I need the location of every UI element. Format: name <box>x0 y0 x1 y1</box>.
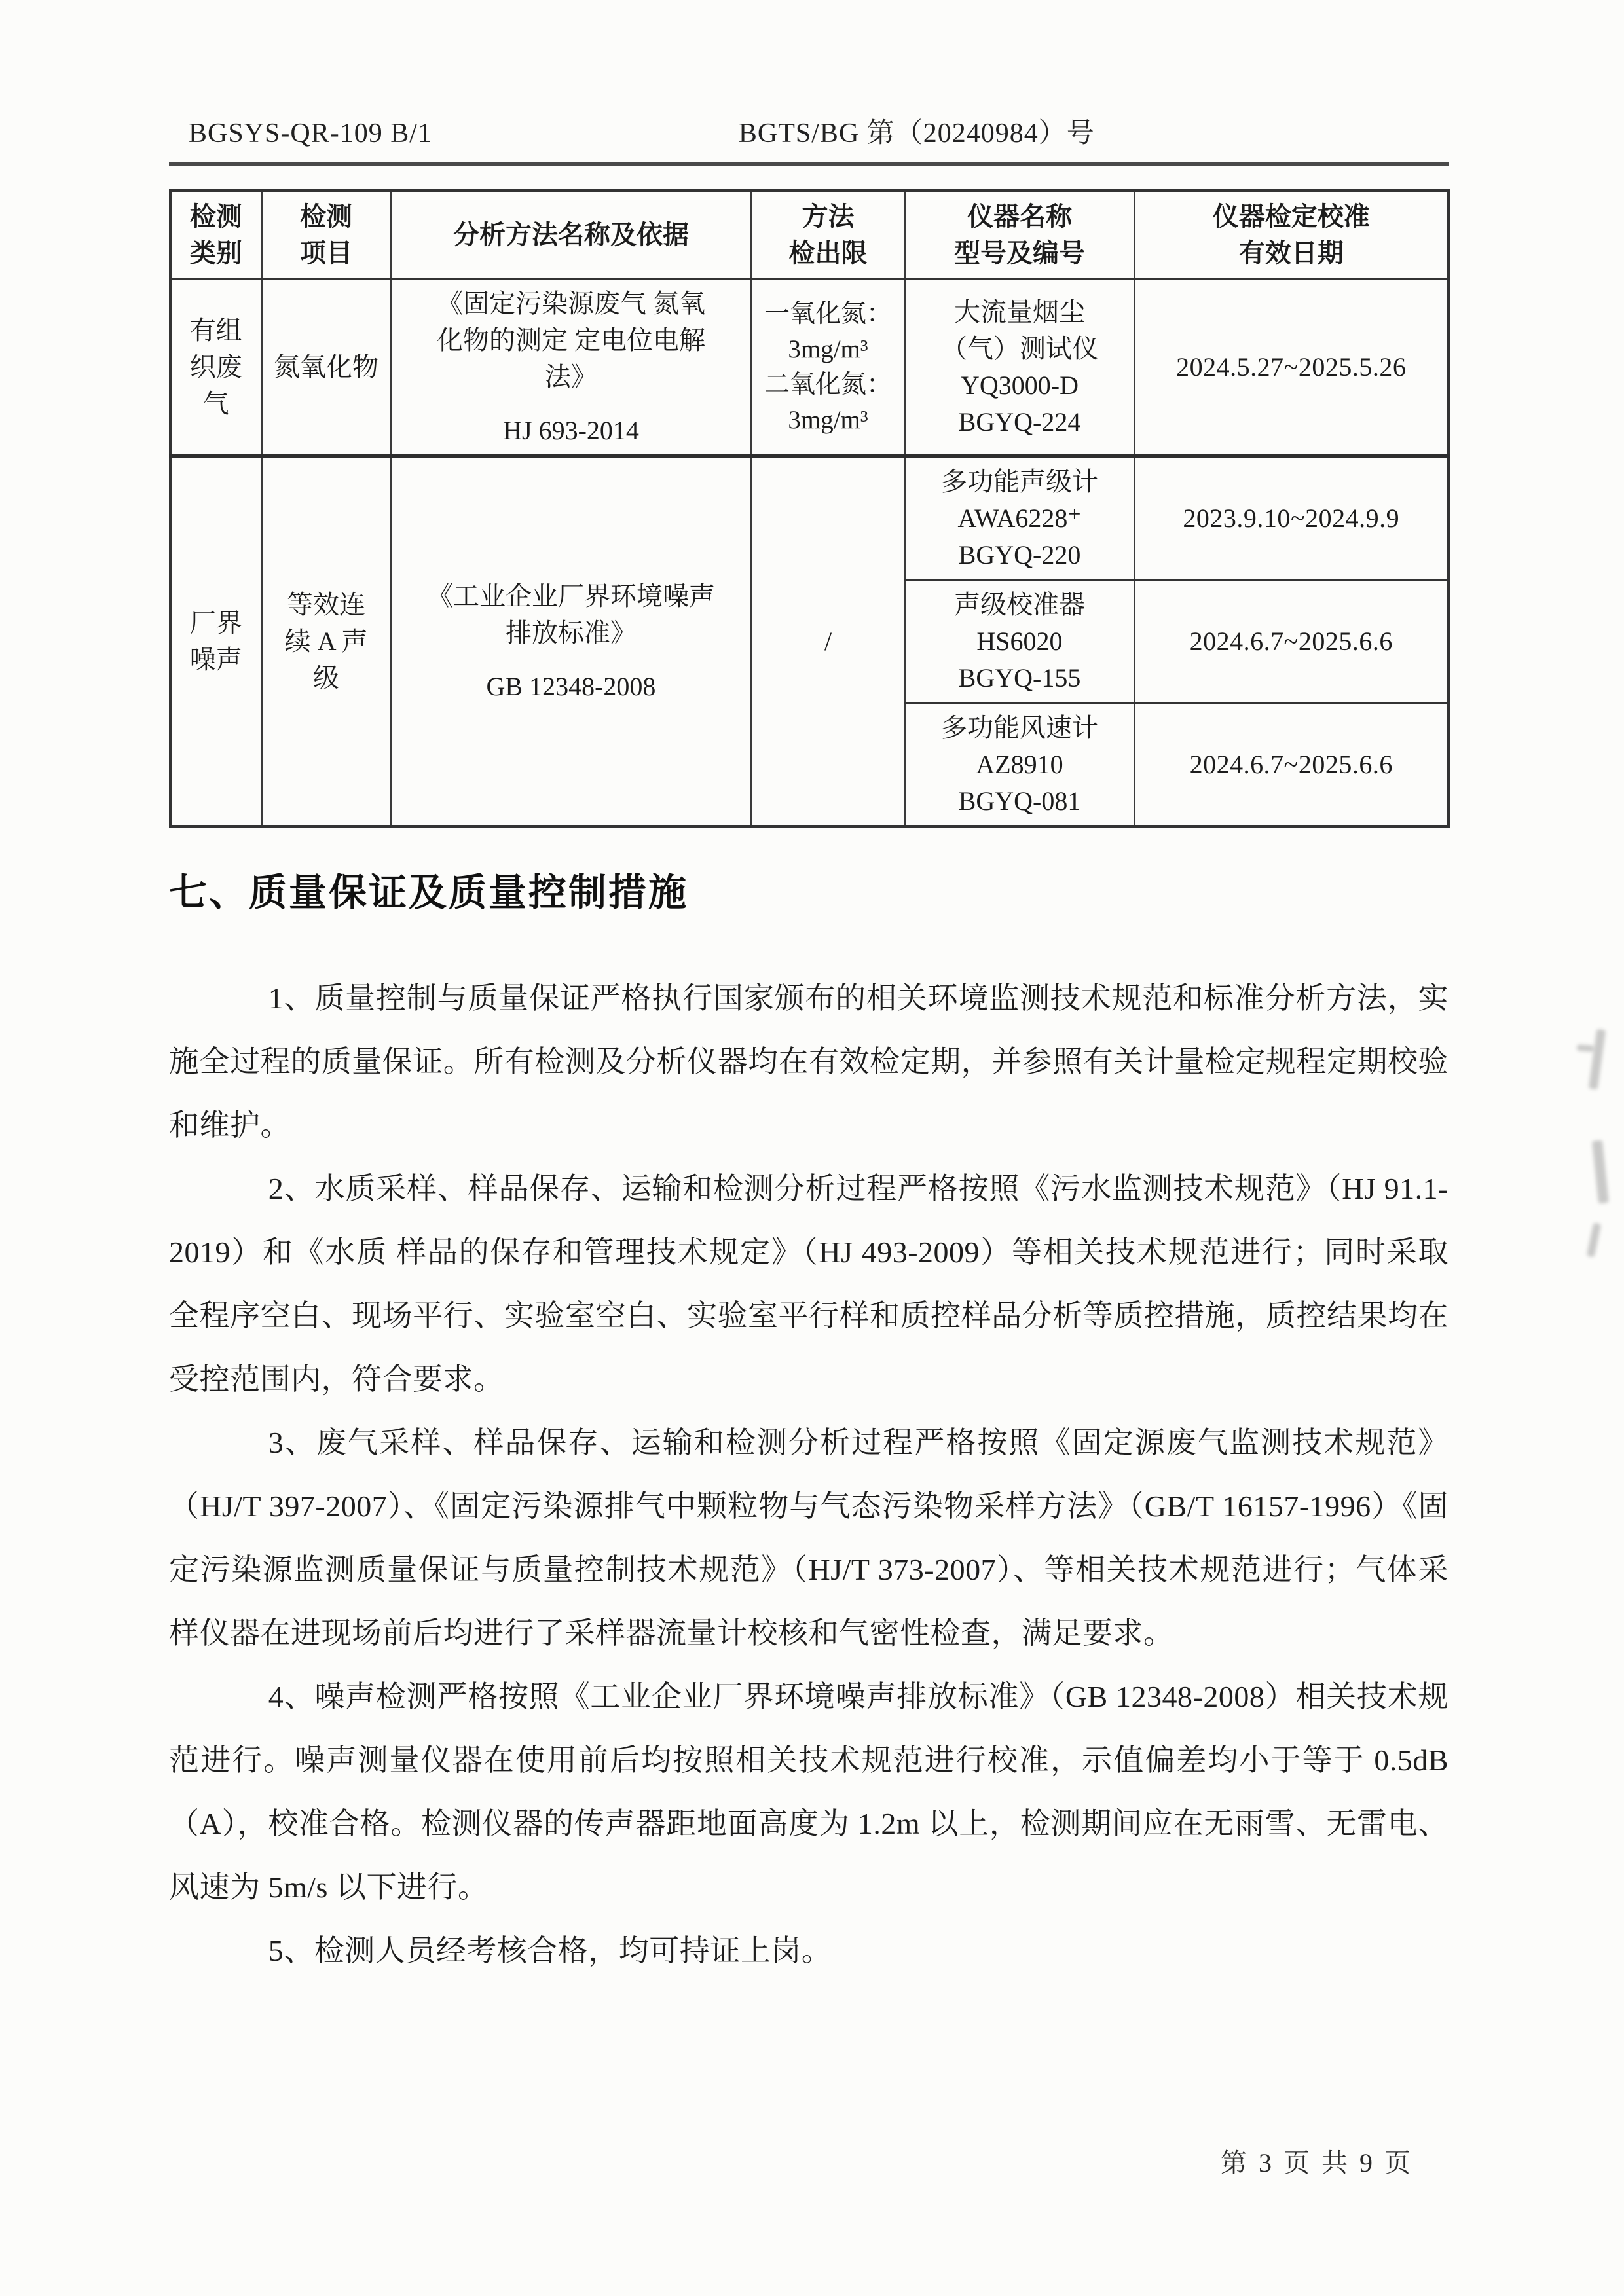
col-header-category: 检测 类别 <box>170 191 261 279</box>
col-header-item: 检测 项目 <box>261 191 391 279</box>
page-content: BGSYS-QR-109 B/1 BGTS/BG 第（20240984）号 检测… <box>169 0 1449 1982</box>
method-code: HJ 693-2014 <box>395 412 748 449</box>
cell-item-leq-a: 等效连 续 A 声 级 <box>261 456 391 826</box>
report-number: BGTS/BG 第（20240984）号 <box>739 111 1095 151</box>
cell-item-nox: 氮氧化物 <box>261 279 391 456</box>
doc-code: BGSYS-QR-109 B/1 <box>189 118 432 149</box>
cell-limit-noise: / <box>751 456 905 826</box>
cell-instrument-sound-level-meter: 多功能声级计 AWA6228⁺ BGYQ-220 <box>905 456 1134 580</box>
cell-date-dust-tester: 2024.5.27~2025.5.26 <box>1134 279 1449 456</box>
document-page: BGSYS-QR-109 B/1 BGTS/BG 第（20240984）号 检测… <box>0 0 1624 2296</box>
cell-category-organized-gas: 有组 织废 气 <box>170 279 261 456</box>
cell-instrument-sound-calibrator: 声级校准器 HS6020 BGYQ-155 <box>905 580 1134 703</box>
cell-date-sound-level-meter: 2023.9.10~2024.9.9 <box>1134 456 1449 580</box>
scan-artifact <box>1592 1140 1609 1203</box>
cell-method-noise: 《工业企业厂界环境噪声 排放标准》 GB 12348-2008 <box>391 456 751 826</box>
col-header-valid-date: 仪器检定校准 有效日期 <box>1134 191 1449 279</box>
document-header: BGSYS-QR-109 B/1 BGTS/BG 第（20240984）号 <box>169 0 1449 151</box>
table-header: 检测 类别 检测 项目 分析方法名称及依据 方法 检出限 仪器名称 型号及编号 … <box>170 191 1449 279</box>
col-header-instrument: 仪器名称 型号及编号 <box>905 191 1134 279</box>
cell-method-nox: 《固定污染源废气 氮氧 化物的测定 定电位电解 法》 HJ 693-2014 <box>391 279 751 456</box>
cell-instrument-dust-tester: 大流量烟尘 （气）测试仪 YQ3000-D BGYQ-224 <box>905 279 1134 456</box>
cell-date-sound-calibrator: 2024.6.7~2025.6.6 <box>1134 580 1449 703</box>
page-number: 第 3 页 共 9 页 <box>1221 2142 1413 2179</box>
paragraph-water-sampling: 2、水质采样、样品保存、运输和检测分析过程严格按照《污水监测技术规范》（HJ 9… <box>169 1157 1449 1411</box>
col-header-method: 分析方法名称及依据 <box>391 191 751 279</box>
method-name: 《工业企业厂界环境噪声 排放标准》 <box>395 578 748 651</box>
paragraph-noise-testing: 4、噪声检测严格按照《工业企业厂界环境噪声排放标准》（GB 12348-2008… <box>169 1665 1449 1919</box>
scan-artifact <box>1587 1222 1602 1257</box>
cell-category-boundary-noise: 厂界 噪声 <box>170 456 261 826</box>
cell-date-anemometer: 2024.6.7~2025.6.6 <box>1134 703 1449 826</box>
col-header-limit: 方法 检出限 <box>751 191 905 279</box>
table-row-noise-1: 厂界 噪声 等效连 续 A 声 级 《工业企业厂界环境噪声 排放标准》 GB 1… <box>170 456 1449 580</box>
scan-artifact <box>1577 1044 1595 1052</box>
instrument-calibration-table: 检测 类别 检测 项目 分析方法名称及依据 方法 检出限 仪器名称 型号及编号 … <box>169 189 1450 828</box>
paragraph-personnel: 5、检测人员经考核合格，均可持证上岗。 <box>169 1919 1449 1982</box>
section-body: 1、质量控制与质量保证严格执行国家颁布的相关环境监测技术规范和标准分析方法，实施… <box>169 966 1449 1982</box>
cell-limit-nox: 一氧化氮： 3mg/m³ 二氧化氮： 3mg/m³ <box>751 279 905 456</box>
paragraph-quality-control: 1、质量控制与质量保证严格执行国家颁布的相关环境监测技术规范和标准分析方法，实施… <box>169 966 1449 1157</box>
scan-artifact <box>1589 1029 1606 1089</box>
method-name: 《固定污染源废气 氮氧 化物的测定 定电位电解 法》 <box>395 285 748 395</box>
cell-instrument-anemometer: 多功能风速计 AZ8910 BGYQ-081 <box>905 703 1134 826</box>
paragraph-gas-sampling: 3、废气采样、样品保存、运输和检测分析过程严格按照《固定源废气监测技术规范》（H… <box>169 1411 1449 1665</box>
method-code: GB 12348-2008 <box>395 668 748 705</box>
table-header-row: 检测 类别 检测 项目 分析方法名称及依据 方法 检出限 仪器名称 型号及编号 … <box>170 191 1449 279</box>
header-rule <box>169 162 1449 166</box>
section-title-quality-assurance: 七、质量保证及质量控制措施 <box>169 862 1449 917</box>
table-row-nox: 有组 织废 气 氮氧化物 《固定污染源废气 氮氧 化物的测定 定电位电解 法》 … <box>170 279 1449 456</box>
